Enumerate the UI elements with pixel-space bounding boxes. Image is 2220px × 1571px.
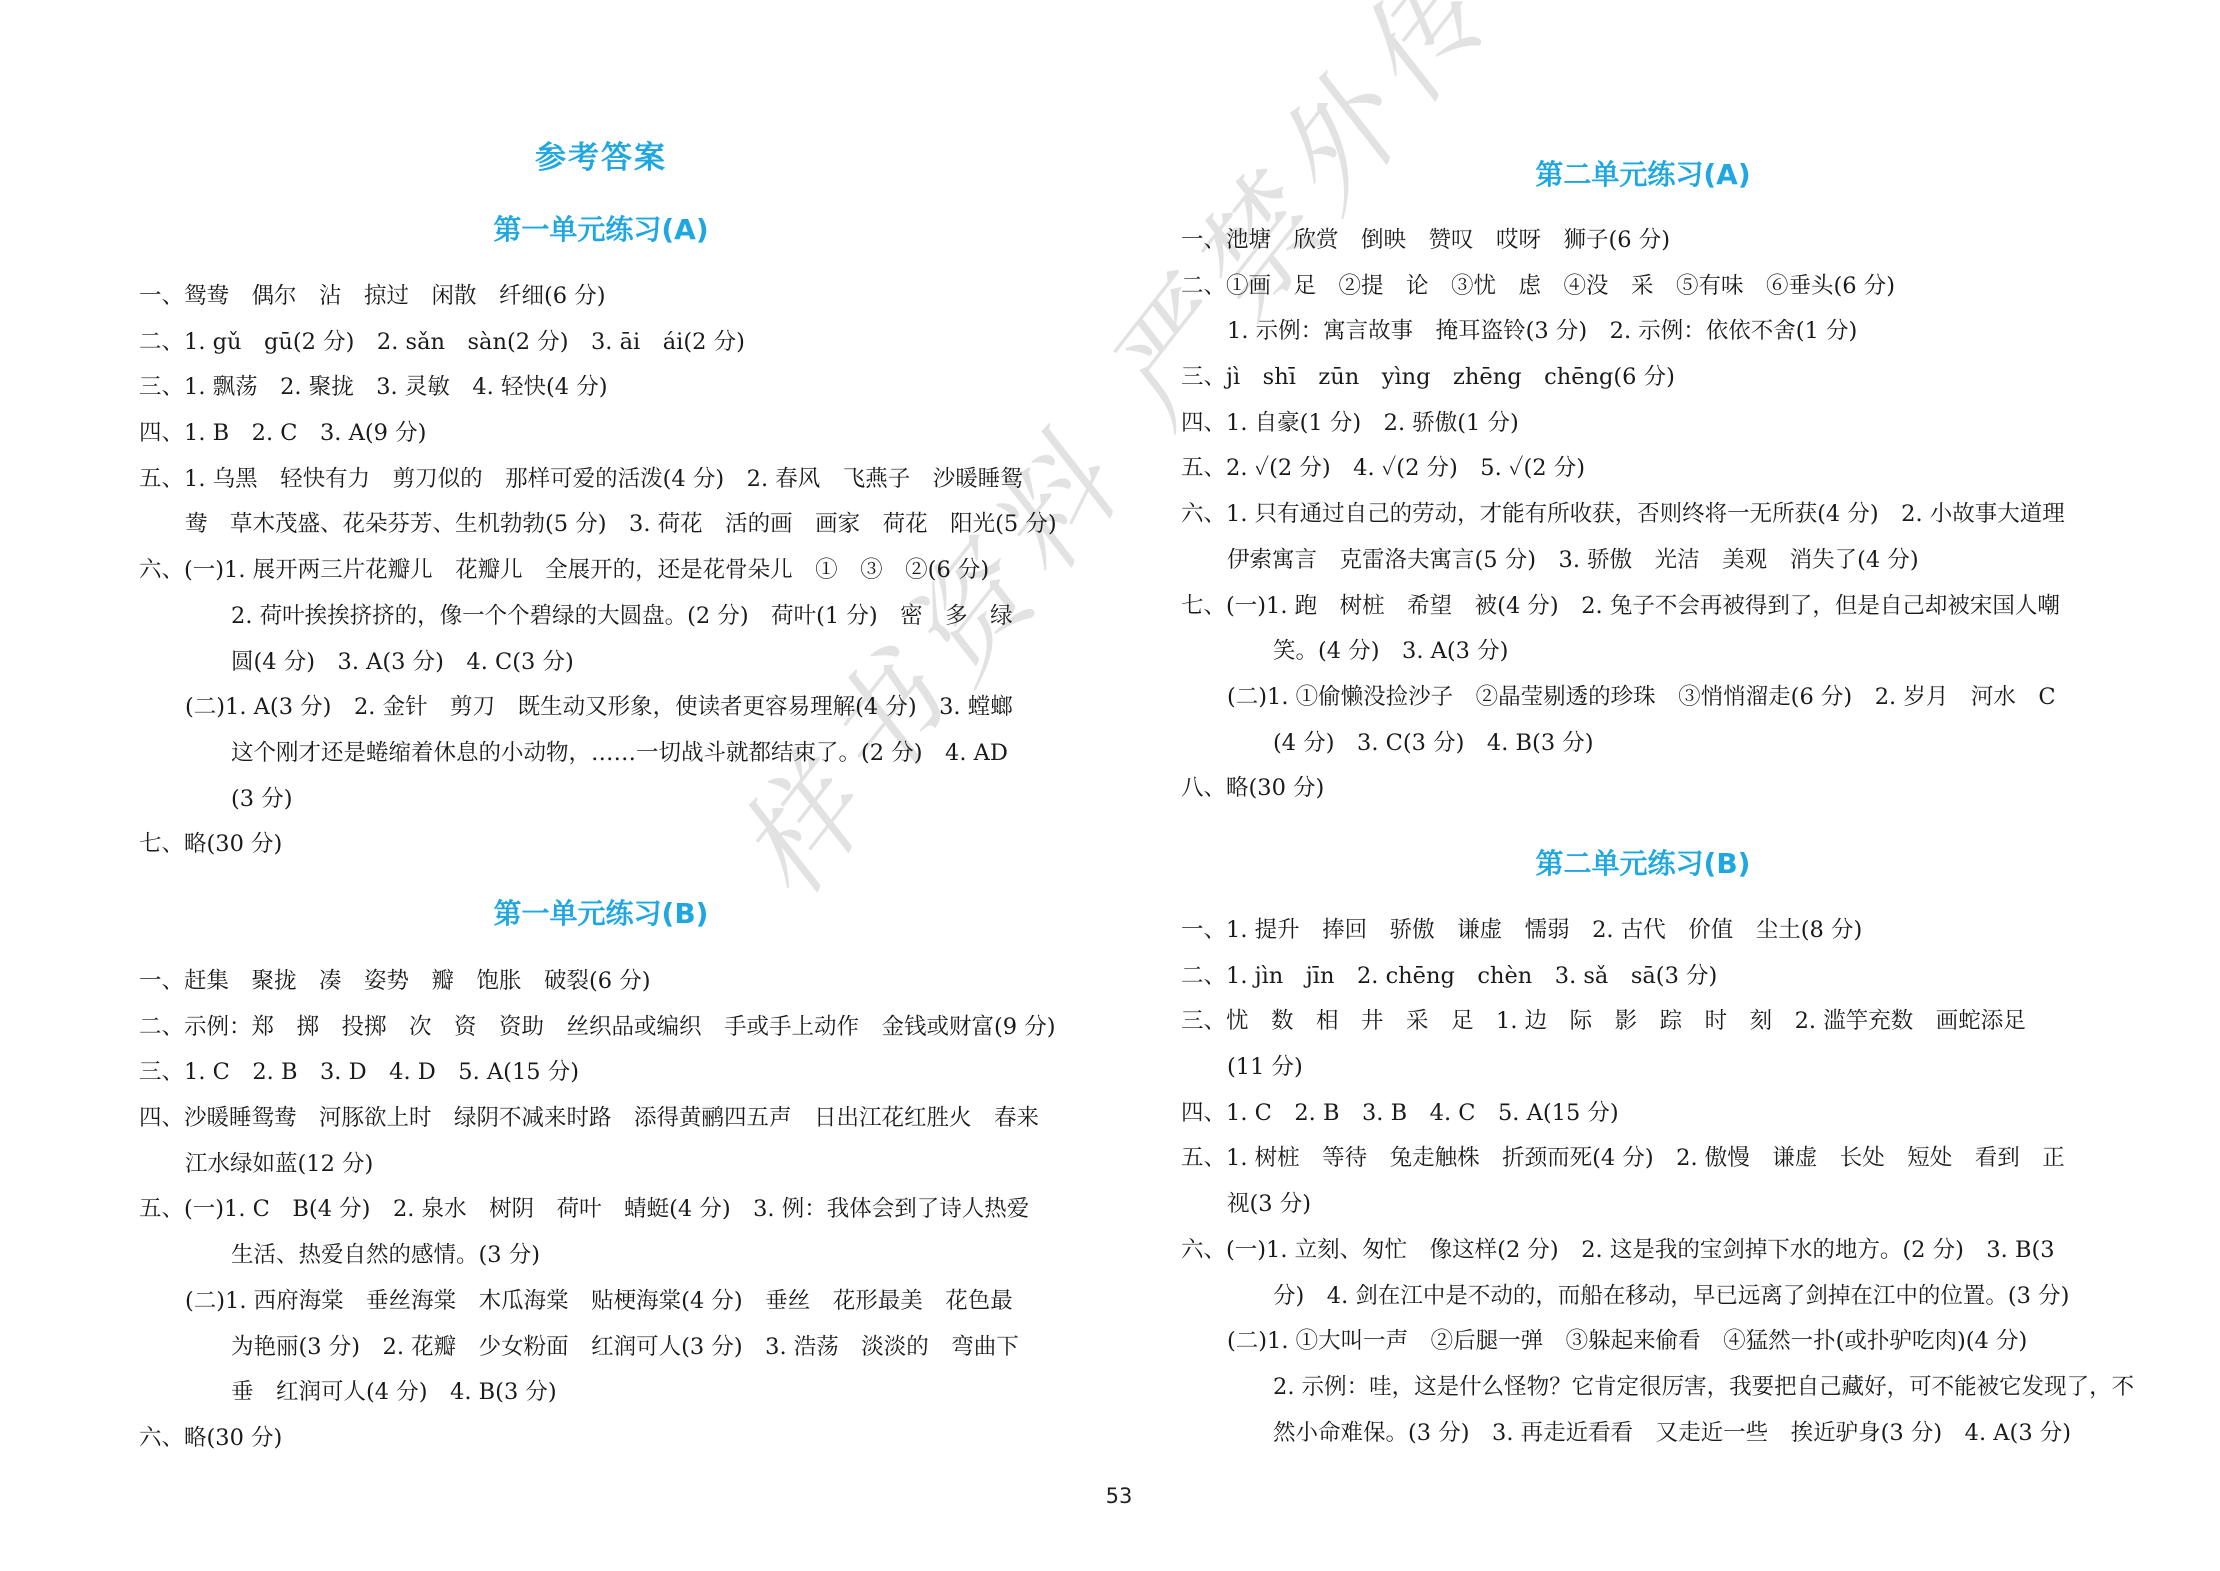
answer-line: 六、略(30 分) <box>139 1416 1063 1462</box>
section-title-unit1a: 第一单元练习(A) <box>139 208 1063 248</box>
answer-line: 1. 示例：寓言故事 掩耳盗铃(3 分) 2. 示例：依依不舍(1 分) <box>1181 309 2105 355</box>
answer-line: 生活、热爱自然的感情。(3 分) <box>139 1233 1063 1279</box>
answer-line: 一、鸳鸯 偶尔 沾 掠过 闲散 纤细(6 分) <box>139 274 1063 320</box>
answer-line: 二、1. jìn jīn 2. chēng chèn 3. sǎ sā(3 分) <box>1181 954 2105 1000</box>
answer-line: (11 分) <box>1181 1045 2105 1091</box>
answer-key-page: 样书资料 严禁外传 参考答案 第一单元练习(A) 一、鸳鸯 偶尔 沾 掠过 闲散… <box>0 0 2220 1571</box>
answer-line: (二)1. 西府海棠 垂丝海棠 木瓜海棠 贴梗海棠(4 分) 垂丝 花形最美 花… <box>139 1279 1063 1325</box>
answer-line: 2. 荷叶挨挨挤挤的，像一个个碧绿的大圆盘。(2 分) 荷叶(1 分) 密 多 … <box>139 594 1063 640</box>
answer-line: 八、略(30 分) <box>1181 766 2105 812</box>
answer-line: 一、1. 提升 捧回 骄傲 谦虚 懦弱 2. 古代 价值 尘土(8 分) <box>1181 908 2105 954</box>
answer-line: 然小命难保。(3 分) 3. 再走近看看 又走近一些 挨近驴身(3 分) 4. … <box>1181 1411 2105 1457</box>
answer-line: 三、1. 飘荡 2. 聚拢 3. 灵敏 4. 轻快(4 分) <box>139 365 1063 411</box>
answer-line: 垂 红润可人(4 分) 4. B(3 分) <box>139 1370 1063 1416</box>
answer-line: 四、1. B 2. C 3. A(9 分) <box>139 411 1063 457</box>
answer-line: 五、(一)1. C B(4 分) 2. 泉水 树阴 荷叶 蜻蜓(4 分) 3. … <box>139 1187 1063 1233</box>
page-title: 参考答案 <box>139 132 1063 177</box>
answer-line: 江水绿如蓝(12 分) <box>139 1142 1063 1188</box>
answer-line: 四、沙暖睡鸳鸯 河豚欲上时 绿阴不减来时路 添得黄鹂四五声 日出江花红胜火 春来 <box>139 1096 1063 1142</box>
answer-line: 二、示例：郑 掷 投掷 次 资 资助 丝织品或编织 手或手上动作 金钱或财富(9… <box>139 1005 1063 1051</box>
answer-line: 五、2. ✓(2 分) 4. ✓(2 分) 5. ✓(2 分) <box>1181 446 2105 492</box>
answer-line: 七、略(30 分) <box>139 822 1063 868</box>
answer-line: 三、1. C 2. B 3. D 4. D 5. A(15 分) <box>139 1050 1063 1096</box>
answer-line: 这个刚才还是蜷缩着休息的小动物，……一切战斗就都结束了。(2 分) 4. AD <box>139 731 1063 777</box>
answer-line: 为艳丽(3 分) 2. 花瓣 少女粉面 红润可人(3 分) 3. 浩荡 淡淡的 … <box>139 1325 1063 1371</box>
answer-line: 分) 4. 剑在江中是不动的，而船在移动，早已远离了剑掉在江中的位置。(3 分) <box>1181 1274 2105 1320</box>
section-title-unit2a: 第二单元练习(A) <box>1181 153 2105 193</box>
answer-line: 六、(一)1. 立刻、匆忙 像这样(2 分) 2. 这是我的宝剑掉下水的地方。(… <box>1181 1228 2105 1274</box>
unit2a-answers: 一、池塘 欣赏 倒映 赞叹 哎呀 狮子(6 分) 二、①画 足 ②提 论 ③忧 … <box>1181 218 2105 812</box>
unit1b-answers: 一、赶集 聚拢 凑 姿势 瓣 饱胀 破裂(6 分) 二、示例：郑 掷 投掷 次 … <box>139 959 1063 1462</box>
answer-line: 三、jì shī zūn yìng zhēng chēng(6 分) <box>1181 355 2105 401</box>
section-title-unit1b: 第一单元练习(B) <box>139 892 1063 932</box>
answer-line: 三、忧 数 相 井 采 足 1. 边 际 影 踪 时 刻 2. 滥竽充数 画蛇添… <box>1181 999 2105 1045</box>
page-number: 53 <box>1094 1484 1144 1508</box>
answer-line: 视(3 分) <box>1181 1182 2105 1228</box>
answer-line: (二)1. ①偷懒没捡沙子 ②晶莹剔透的珍珠 ③悄悄溜走(6 分) 2. 岁月 … <box>1181 675 2105 721</box>
answer-line: 五、1. 乌黑 轻快有力 剪刀似的 那样可爱的活泼(4 分) 2. 春风 飞燕子… <box>139 457 1063 503</box>
answer-line: 一、池塘 欣赏 倒映 赞叹 哎呀 狮子(6 分) <box>1181 218 2105 264</box>
answer-line: (4 分) 3. C(3 分) 4. B(3 分) <box>1181 721 2105 767</box>
answer-line: (二)1. ①大叫一声 ②后腿一弹 ③躲起来偷看 ④猛然一扑(或扑驴吃肉)(4 … <box>1181 1319 2105 1365</box>
answer-line: 七、(一)1. 跑 树桩 希望 被(4 分) 2. 兔子不会再被得到了，但是自己… <box>1181 584 2105 630</box>
unit2b-answers: 一、1. 提升 捧回 骄傲 谦虚 懦弱 2. 古代 价值 尘土(8 分) 二、1… <box>1181 908 2105 1456</box>
answer-line: 鸯 草木茂盛、花朵芬芳、生机勃勃(5 分) 3. 荷花 活的画 画家 荷花 阳光… <box>139 502 1063 548</box>
answer-line: 六、1. 只有通过自己的劳动，才能有所收获，否则终将一无所获(4 分) 2. 小… <box>1181 492 2105 538</box>
answer-line: 二、1. gǔ gū(2 分) 2. sǎn sàn(2 分) 3. āi ái… <box>139 320 1063 366</box>
answer-line: 笑。(4 分) 3. A(3 分) <box>1181 629 2105 675</box>
answer-line: 二、①画 足 ②提 论 ③忧 虑 ④没 采 ⑤有味 ⑥垂头(6 分) <box>1181 264 2105 310</box>
answer-line: 五、1. 树桩 等待 兔走触株 折颈而死(4 分) 2. 傲慢 谦虚 长处 短处… <box>1181 1136 2105 1182</box>
answer-line: 伊索寓言 克雷洛夫寓言(5 分) 3. 骄傲 光洁 美观 消失了(4 分) <box>1181 538 2105 584</box>
answer-line: 2. 示例：哇，这是什么怪物？它肯定很厉害，我要把自己藏好，可不能被它发现了，不 <box>1181 1365 2105 1411</box>
answer-line: 四、1. C 2. B 3. B 4. C 5. A(15 分) <box>1181 1091 2105 1137</box>
answer-line: 一、赶集 聚拢 凑 姿势 瓣 饱胀 破裂(6 分) <box>139 959 1063 1005</box>
answer-line: 四、1. 自豪(1 分) 2. 骄傲(1 分) <box>1181 401 2105 447</box>
answer-line: (二)1. A(3 分) 2. 金针 剪刀 既生动又形象，使读者更容易理解(4 … <box>139 685 1063 731</box>
answer-line: (3 分) <box>139 777 1063 823</box>
answer-line: 圆(4 分) 3. A(3 分) 4. C(3 分) <box>139 640 1063 686</box>
answer-line: 六、(一)1. 展开两三片花瓣儿 花瓣儿 全展开的，还是花骨朵儿 ① ③ ②(6… <box>139 548 1063 594</box>
unit1a-answers: 一、鸳鸯 偶尔 沾 掠过 闲散 纤细(6 分) 二、1. gǔ gū(2 分) … <box>139 274 1063 868</box>
section-title-unit2b: 第二单元练习(B) <box>1181 842 2105 882</box>
